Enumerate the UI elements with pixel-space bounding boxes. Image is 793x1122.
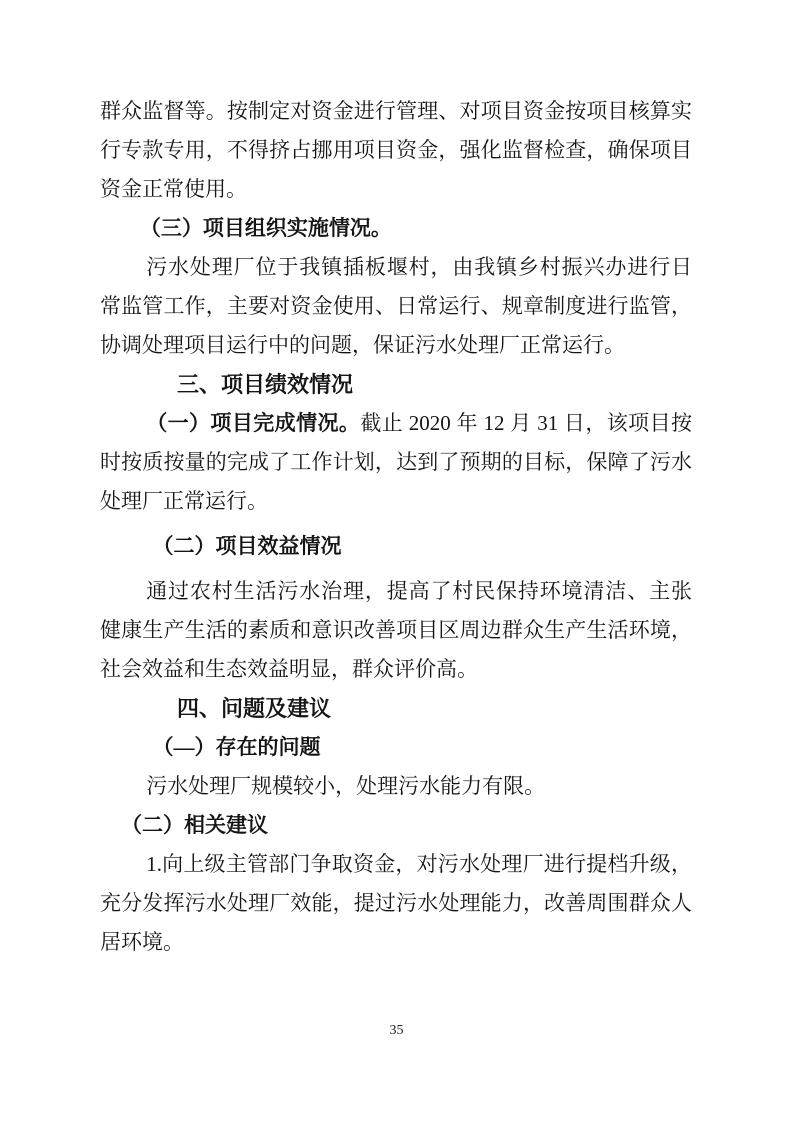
paragraph-project-implementation: 污水处理厂位于我镇插板堰村，由我镇乡村振兴办进行日常监管工作，主要对资金使用、日… (100, 248, 692, 365)
heading-section3-performance: 三、项目绩效情况 (100, 365, 692, 404)
heading-existing-problems: （—）存在的问题 (100, 728, 692, 767)
paragraph-project-completion: （一）项目完成情况。截止 2020 年 12 月 31 日，该项目按时按质按量的… (100, 404, 692, 521)
document-page: 群众监督等。按制定对资金进行管理、对项目资金按项目核算实行专款专用，不得挤占挪用… (0, 0, 793, 1122)
heading-project-implementation: （三）项目组织实施情况。 (100, 209, 692, 248)
page-number: 35 (0, 1022, 793, 1040)
paragraph-existing-problems: 污水处理厂规模较小，处理污水能力有限。 (100, 767, 692, 806)
paragraph-fund-management: 群众监督等。按制定对资金进行管理、对项目资金按项目核算实行专款专用，不得挤占挪用… (100, 92, 692, 209)
heading-section4-issues: 四、问题及建议 (100, 689, 692, 728)
paragraph-related-suggestions: 1.向上级主管部门争取资金，对污水处理厂进行提档升级，充分发挥污水处理厂效能，提… (100, 845, 692, 962)
heading-project-completion: （一）项目完成情况。 (146, 411, 360, 435)
paragraph-project-benefit: 通过农村生活污水治理，提高了村民保持环境清洁、主张健康生产生活的素质和意识改善项… (100, 572, 692, 689)
heading-related-suggestions: （二）相关建议 (100, 806, 692, 845)
heading-project-benefit: （二）项目效益情况 (100, 527, 692, 566)
